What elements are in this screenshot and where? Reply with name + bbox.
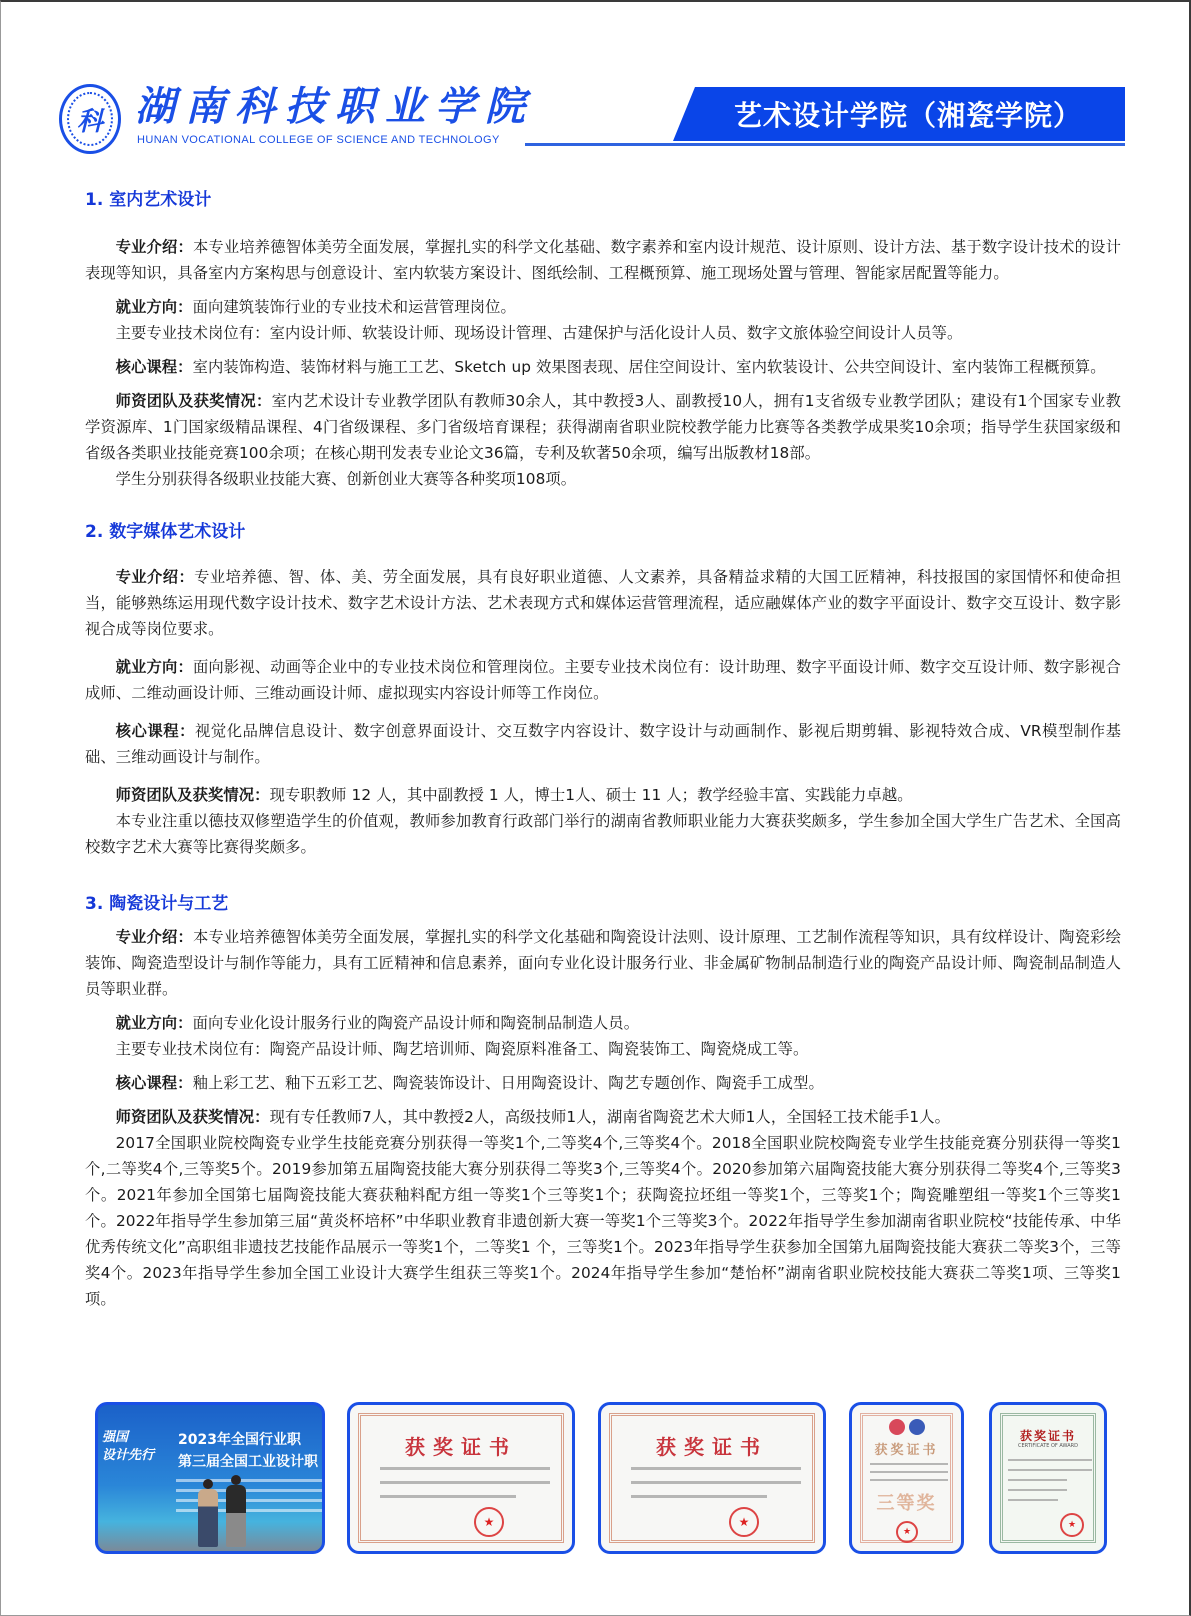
core-courses: 核心课程：室内装饰构造、装饰材料与施工工艺、Sketch up 效果图表现、居住… [85,354,1121,380]
red-seal-icon: ★ [729,1507,759,1537]
student-awards: 学生分别获得各级职业技能大赛、创新创业大赛等各种奖项108项。 [85,466,1121,492]
brochure-page: 科 湖南科技职业学院 HUNAN VOCATIONAL COLLEGE OF S… [0,0,1191,1616]
competition-awards: 2017全国职业院校陶瓷专业学生技能竞赛分别获得一等奖1个,二等奖4个,三等奖4… [85,1130,1121,1312]
section-title: 3. 陶瓷设计与工艺 [85,892,1121,916]
section-title: 2. 数字媒体艺术设计 [85,520,1121,544]
career-direction: 就业方向：面向影视、动画等企业中的专业技术岗位和管理岗位。主要专业技术岗位有：设… [85,654,1121,706]
award-certificate-photo: 获奖证书 三等奖 ★ [849,1402,964,1554]
school-banner-title: 艺术设计学院（湘瓷学院） [734,94,1082,134]
section-title: 1. 室内艺术设计 [85,188,1121,212]
main-positions: 主要专业技术岗位有：陶瓷产品设计师、陶艺培训师、陶瓷原料准备工、陶瓷装饰工、陶瓷… [85,1036,1121,1062]
section-digital-media-art-design: 2. 数字媒体艺术设计 专业介绍：专业培养德、智、体、美、劳全面发展，具有良好职… [85,520,1121,860]
faculty-awards: 师资团队及获奖情况：现专职教师 12 人，其中副教授 1 人，博士1人、硕士 1… [85,782,1121,808]
red-seal-icon: ★ [896,1521,918,1543]
career-direction: 就业方向：面向建筑装饰行业的专业技术和运营管理岗位。 [85,294,1121,320]
red-seal-icon: ★ [1060,1513,1084,1537]
college-seal-logo-icon: 科 [59,84,121,154]
header-divider [525,143,1125,146]
award-certificate-photo: 获奖证书 ★ [598,1402,826,1554]
school-banner: 艺术设计学院（湘瓷学院） [673,87,1125,141]
core-courses: 核心课程：视觉化品牌信息设计、数字创意界面设计、交互数字内容设计、数字设计与动画… [85,718,1121,770]
red-seal-icon: ★ [474,1507,504,1537]
emblem-icon [889,1419,905,1435]
section-ceramic-design-craft: 3. 陶瓷设计与工艺 专业介绍：本专业培养德智体美劳全面发展，掌握扎实的科学文化… [85,892,1121,1312]
award-event-photo: 强国 设计先行 2023年全国行业职 第三届全国工业设计职 [95,1402,325,1554]
person-figure [226,1485,246,1547]
career-direction: 就业方向：面向专业化设计服务行业的陶瓷产品设计师和陶瓷制品制造人员。 [85,1010,1121,1036]
college-name-english: HUNAN VOCATIONAL COLLEGE OF SCIENCE AND … [137,134,500,146]
faculty-awards: 师资团队及获奖情况：现有专任教师7人，其中教授2人，高级技师1人，湖南省陶瓷艺术… [85,1104,1121,1130]
major-intro: 专业介绍：专业培养德、智、体、美、劳全面发展，具有良好职业道德、人文素养，具备精… [85,564,1121,642]
person-figure [198,1489,218,1547]
student-awards: 本专业注重以德技双修塑造学生的价值观，教师参加教育行政部门举行的湖南省教师职业能… [85,808,1121,860]
event-backdrop-title: 2023年全国行业职 第三届全国工业设计职 [178,1429,318,1473]
award-certificate-photo: 获奖证书 CERTIFICATE OF AWARD ★ [989,1402,1107,1554]
major-intro: 专业介绍：本专业培养德智体美劳全面发展，掌握扎实的科学文化基础和陶瓷设计法则、设… [85,924,1121,1002]
emblem-icon [909,1419,925,1435]
photo-gallery: 强国 设计先行 2023年全国行业职 第三届全国工业设计职 获奖证书 ★ 获奖证… [1,1402,1191,1552]
section-interior-design: 1. 室内艺术设计 专业介绍：本专业培养德智体美劳全面发展，掌握扎实的科学文化基… [85,188,1121,492]
main-positions: 主要专业技术岗位有：室内设计师、软装设计师、现场设计管理、古建保护与活化设计人员… [85,320,1121,346]
page-header: 科 湖南科技职业学院 HUNAN VOCATIONAL COLLEGE OF S… [1,2,1191,162]
major-intro: 专业介绍：本专业培养德智体美劳全面发展，掌握扎实的科学文化基础、数字素养和室内设… [85,234,1121,286]
core-courses: 核心课程：釉上彩工艺、釉下五彩工艺、陶瓷装饰设计、日用陶瓷设计、陶艺专题创作、陶… [85,1070,1121,1096]
event-slogan: 强国 设计先行 [102,1429,154,1465]
college-name-chinese: 湖南科技职业学院 [135,84,535,130]
main-content: 1. 室内艺术设计 专业介绍：本专业培养德智体美劳全面发展，掌握扎实的科学文化基… [85,188,1121,1312]
faculty-awards: 师资团队及获奖情况：室内艺术设计专业教学团队有教师30余人，其中教授3人、副教授… [85,388,1121,466]
award-certificate-photo: 获奖证书 ★ [347,1402,575,1554]
